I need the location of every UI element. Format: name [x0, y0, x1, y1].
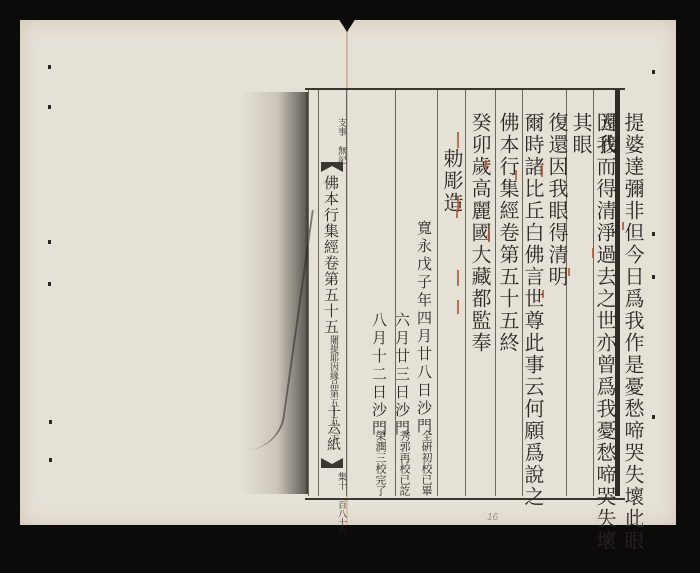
column-rule: [308, 90, 309, 496]
colophon-line-1: 寬永戊子年四月廿八日沙門: [415, 220, 433, 436]
red-annotation-mark: [592, 248, 594, 258]
binding-hole: [48, 65, 51, 69]
colophon-line-3: 八月十二日沙門: [370, 312, 388, 438]
red-annotation-mark: [457, 300, 459, 314]
pencil-page-number: 16: [487, 512, 498, 523]
red-annotation-mark: [515, 170, 517, 180]
column-rule: [465, 90, 466, 496]
text-column-2: 因我而得清淨過去之世亦曾爲我憂愁啼哭失壞其眼: [569, 112, 617, 573]
red-annotation-mark: [457, 132, 459, 148]
column-rule: [318, 90, 319, 496]
center-margin-leaf-count: 十六紙: [325, 405, 341, 453]
binding-hole: [48, 282, 51, 286]
red-annotation-mark: [456, 210, 458, 218]
colophon-note-2: 秀郭再校已訖: [398, 430, 410, 496]
colophon-note-1: 全硏初校已畢: [420, 430, 432, 496]
red-annotation-mark: [488, 230, 490, 242]
binding-hole: [49, 458, 52, 462]
center-margin-top-label: 支事 無記: [326, 118, 346, 164]
binding-hole: [652, 70, 655, 74]
binding-hole: [48, 240, 51, 244]
red-annotation-mark: [542, 290, 544, 298]
binding-hole: [652, 415, 655, 419]
center-margin-title: 佛本行集經卷第五十五: [323, 175, 339, 335]
center-margin-bottom-label: 集十 百八十六: [326, 472, 346, 536]
colophon-line-2: 六月廿三日沙門: [393, 312, 411, 438]
red-annotation-mark: [457, 270, 459, 286]
binding-hole: [652, 232, 655, 236]
text-column-7: 勅彫造: [440, 148, 464, 214]
fold-notch: [338, 18, 356, 32]
colophon-note-3: 榮潤三校完了: [374, 430, 386, 496]
binding-hole: [652, 275, 655, 279]
text-column-5: 佛本行集經卷第五十五終: [496, 112, 520, 354]
column-rule: [346, 90, 347, 496]
red-annotation-mark: [622, 222, 624, 230]
binding-hole: [49, 420, 52, 424]
red-annotation-mark: [485, 160, 487, 170]
red-annotation-mark: [568, 268, 570, 276]
text-column-3: 復還因我眼得清明: [545, 112, 569, 288]
binding-hole: [48, 105, 51, 109]
red-annotation-mark: [541, 165, 543, 177]
column-rule: [437, 90, 438, 496]
